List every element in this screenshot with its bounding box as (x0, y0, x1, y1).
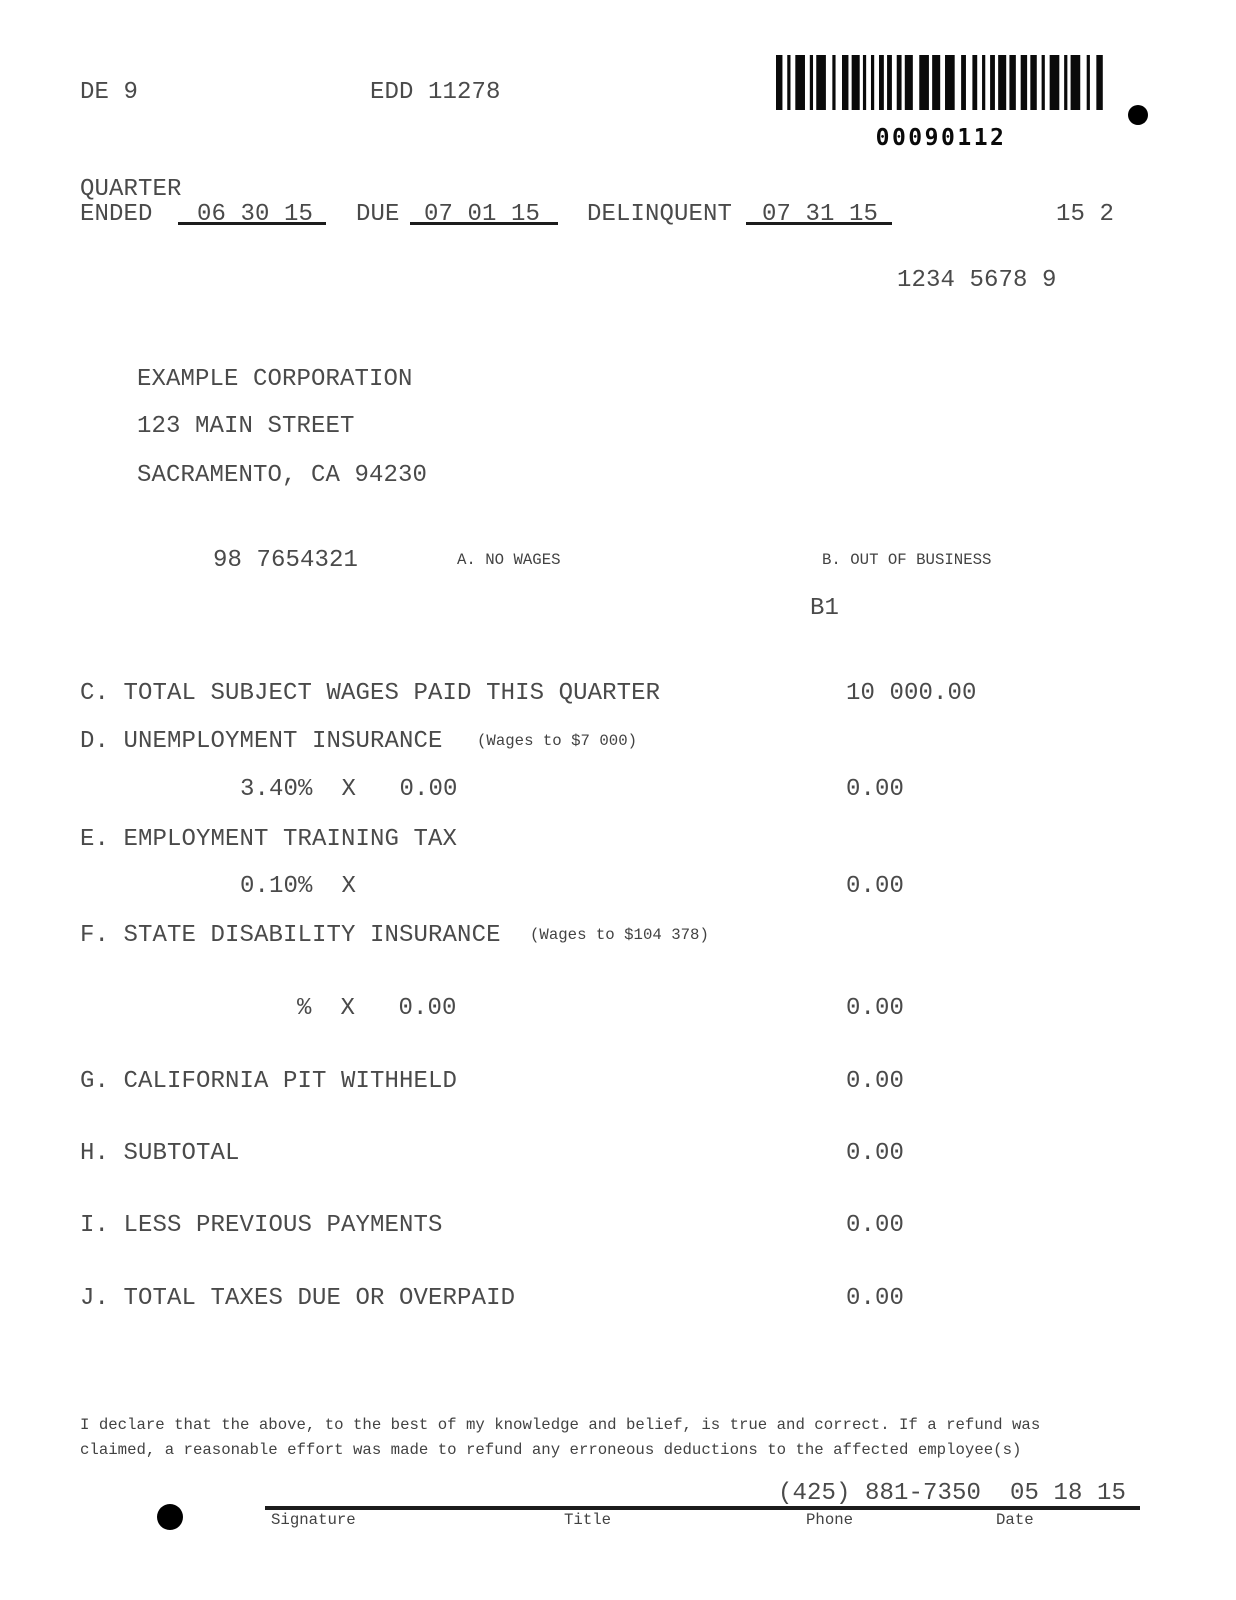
ended-label: ENDED (80, 202, 153, 227)
line-e-value: 0.00 (846, 874, 904, 899)
item-b-label: B. OUT OF BUSINESS (822, 552, 991, 568)
employer-street: 123 MAIN STREET (137, 414, 355, 439)
due-label: DUE (356, 202, 400, 227)
date-label: Date (996, 1512, 1034, 1528)
line-f-value: 0.00 (846, 996, 904, 1021)
barcode-number: 00090112 (776, 126, 1106, 150)
employer-city: SACRAMENTO, CA 94230 (137, 463, 427, 488)
line-d-value: 0.00 (846, 777, 904, 802)
period-code: 15 2 (1056, 202, 1114, 227)
edd-number: EDD 11278 (370, 80, 501, 105)
phone-label: Phone (806, 1512, 853, 1528)
line-i-value: 0.00 (846, 1213, 904, 1238)
line-g-label: G. CALIFORNIA PIT WITHHELD (80, 1069, 457, 1094)
line-e-calc: 0.10% X (240, 874, 356, 899)
line-g-value: 0.00 (846, 1069, 904, 1094)
line-h-value: 0.00 (846, 1141, 904, 1166)
delinquent-underline (746, 222, 892, 225)
line-i-label: I. LESS PREVIOUS PAYMENTS (80, 1213, 443, 1238)
date-value: 05 18 15 (1010, 1481, 1126, 1506)
line-f-label: F. STATE DISABILITY INSURANCE (80, 923, 501, 948)
line-f-note: (Wages to $104 378) (530, 927, 709, 943)
line-d-label: D. UNEMPLOYMENT INSURANCE (80, 729, 443, 754)
phone-value: (425) 881-7350 (778, 1481, 981, 1506)
b1-label: B1 (810, 596, 839, 621)
line-j-value: 0.00 (846, 1286, 904, 1311)
delinquent-label: DELINQUENT (587, 202, 732, 227)
ended-underline (178, 222, 326, 225)
declaration-line1: I declare that the above, to the best of… (80, 1417, 1040, 1433)
line-e-label: E. EMPLOYMENT TRAINING TAX (80, 827, 457, 852)
item-a-label: A. NO WAGES (457, 552, 561, 568)
due-underline (410, 222, 558, 225)
account-number: 1234 5678 9 (897, 268, 1057, 293)
signature-label: Signature (271, 1512, 356, 1528)
quarter-word: QUARTER (80, 177, 182, 202)
line-c-label: C. TOTAL SUBJECT WAGES PAID THIS QUARTER (80, 681, 660, 706)
title-label: Title (564, 1512, 611, 1528)
employer-name: EXAMPLE CORPORATION (137, 367, 413, 392)
line-d-calc: 3.40% X 0.00 (240, 777, 458, 802)
signature-line (265, 1506, 1140, 1510)
form-code: DE 9 (80, 80, 138, 105)
registration-dot-bottom (157, 1504, 183, 1530)
declaration-line2: claimed, a reasonable effort was made to… (80, 1442, 1021, 1458)
line-h-label: H. SUBTOTAL (80, 1141, 240, 1166)
line-d-note: (Wages to $7 000) (477, 733, 637, 749)
line-j-label: J. TOTAL TAXES DUE OR OVERPAID (80, 1286, 515, 1311)
de9-form-page: DE 9 EDD 11278 00090112 QUARTER ENDED 06… (0, 0, 1236, 1600)
registration-dot-top (1128, 105, 1148, 125)
employer-account-id: 98 7654321 (213, 548, 358, 573)
line-c-value: 10 000.00 (846, 681, 977, 706)
barcode (776, 55, 1106, 110)
line-f-calc: % X 0.00 (297, 996, 457, 1021)
